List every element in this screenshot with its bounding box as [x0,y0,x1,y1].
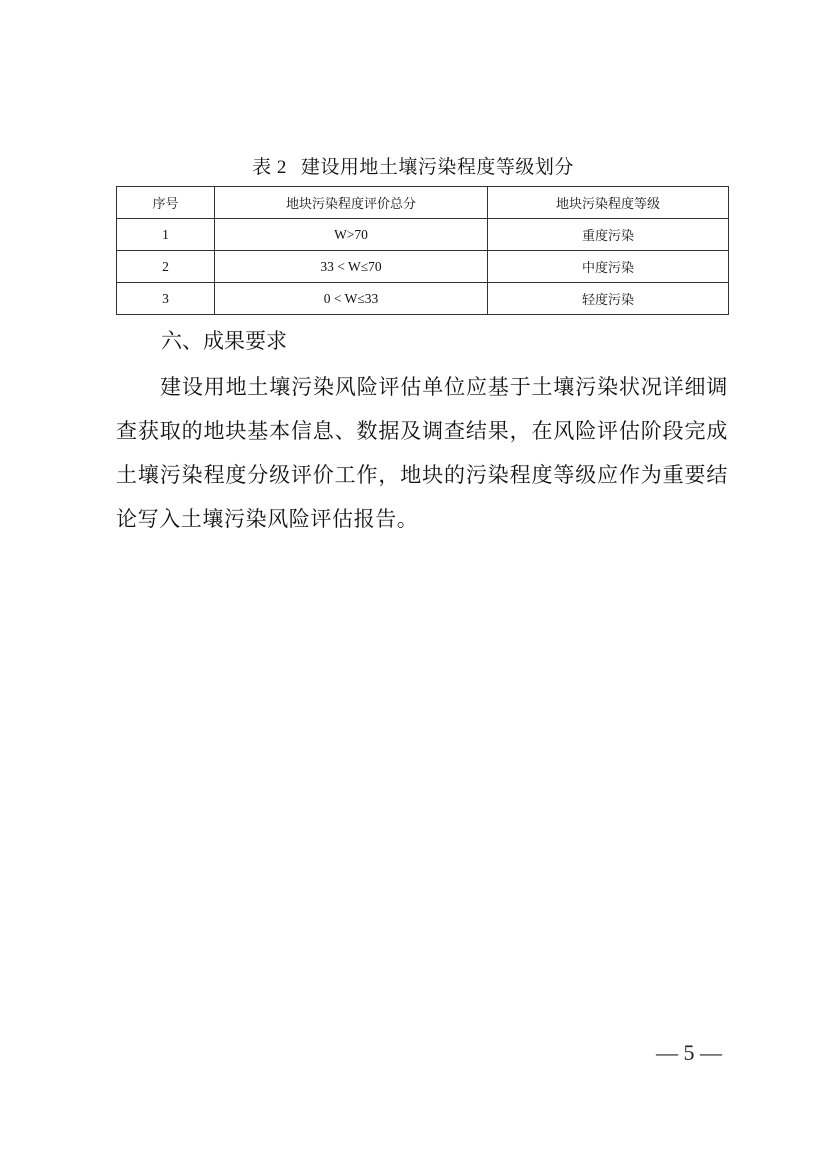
body-paragraph: 建设用地土壤污染风险评估单位应基于土壤污染状况详细调查获取的地块基本信息、数据及… [116,365,728,541]
header-index: 序号 [117,187,215,219]
table-caption: 表 2建设用地土壤污染程度等级划分 [0,154,826,181]
table-row: 2 33 < W≤70 中度污染 [117,251,729,283]
pollution-grade-table: 序号 地块污染程度评价总分 地块污染程度等级 1 W>70 重度污染 2 33 … [116,186,729,315]
table-caption-title: 建设用地土壤污染程度等级划分 [301,156,574,178]
cell-grade: 轻度污染 [488,283,729,315]
table-caption-number: 表 2 [252,157,287,178]
cell-index: 1 [117,219,215,251]
cell-grade: 中度污染 [488,251,729,283]
cell-index: 2 [117,251,215,283]
page-number: — 5 — [656,1040,722,1066]
section-heading: 六、成果要求 [161,326,287,356]
table-header-row: 序号 地块污染程度评价总分 地块污染程度等级 [117,187,729,219]
cell-score: W>70 [215,219,488,251]
table-row: 1 W>70 重度污染 [117,219,729,251]
cell-score: 0 < W≤33 [215,283,488,315]
cell-index: 3 [117,283,215,315]
cell-grade: 重度污染 [488,219,729,251]
header-score: 地块污染程度评价总分 [215,187,488,219]
cell-score: 33 < W≤70 [215,251,488,283]
table-row: 3 0 < W≤33 轻度污染 [117,283,729,315]
header-grade: 地块污染程度等级 [488,187,729,219]
